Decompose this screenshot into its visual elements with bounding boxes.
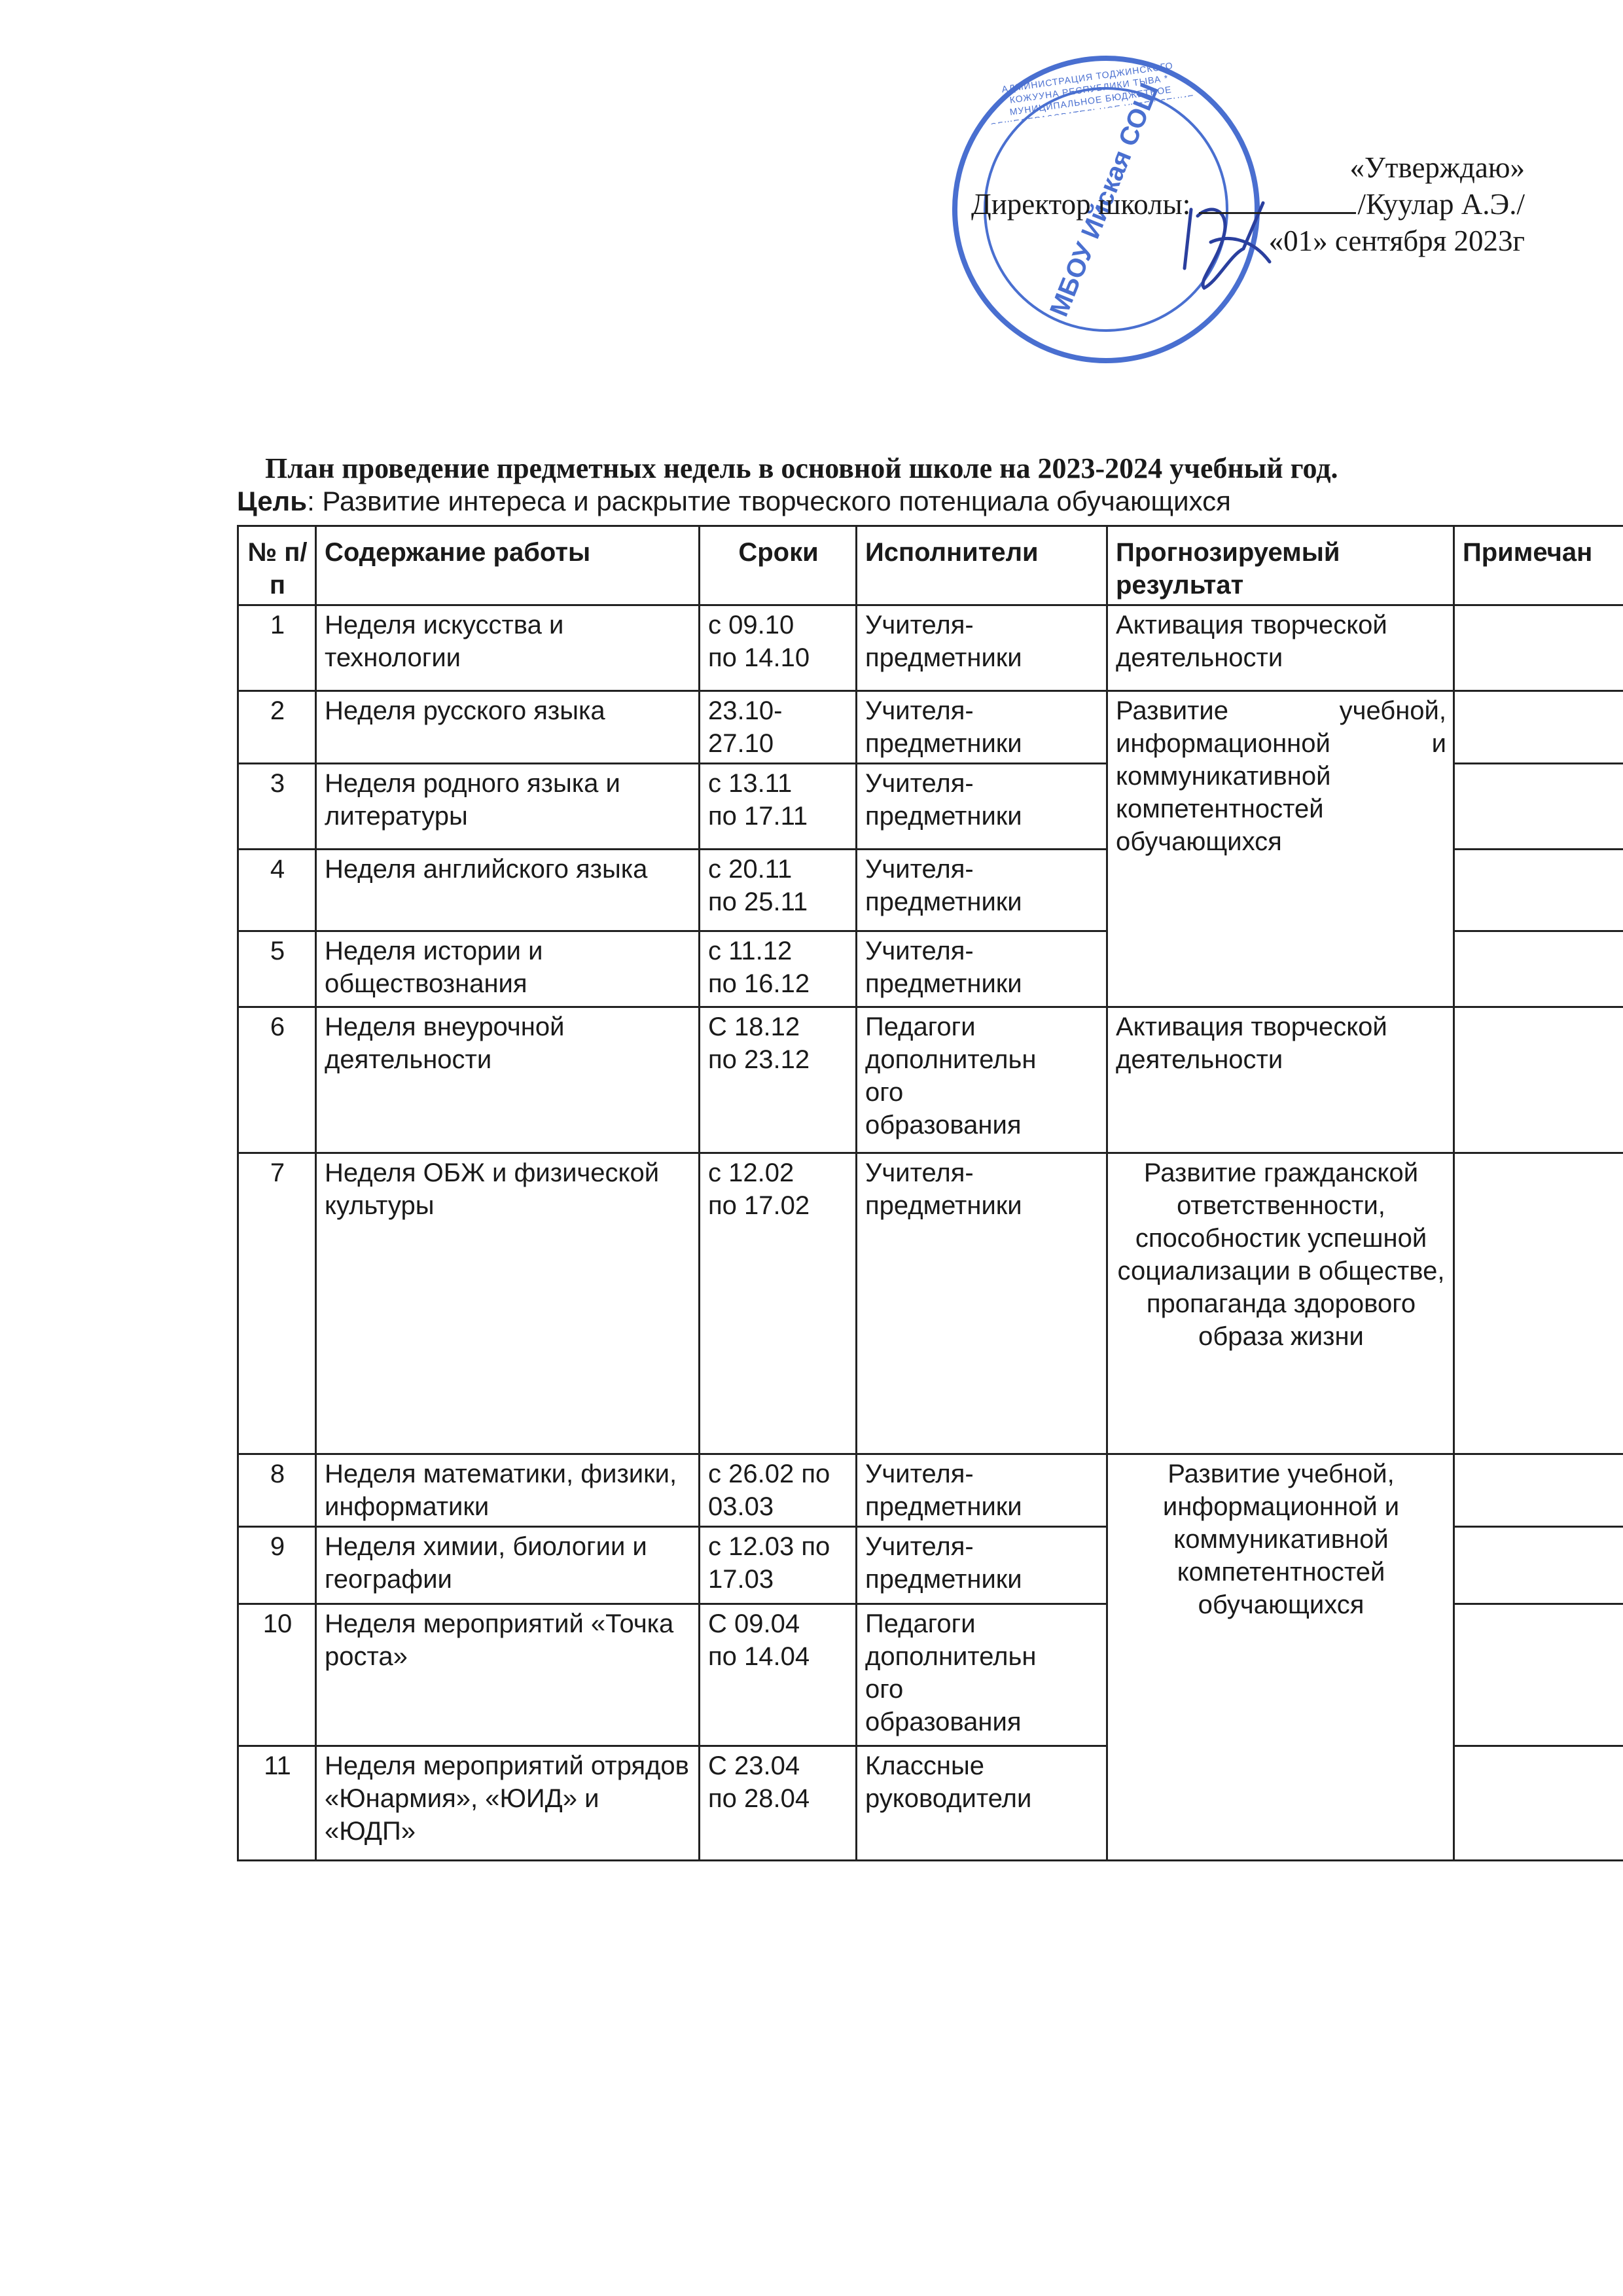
cell-executors: Учителя- предметники xyxy=(857,605,1107,691)
cell-executors-text: Учителя- предметники xyxy=(865,1460,1022,1521)
cell-num-text: 5 xyxy=(270,937,285,965)
approval-heading: «Утверждаю» xyxy=(971,149,1525,186)
cell-num: 2 xyxy=(238,691,316,764)
weeks-plan-table: № п/п Содержание работы Сроки Исполнител… xyxy=(237,525,1623,1861)
cell-dates-text: с 12.03 по 17.03 xyxy=(708,1532,830,1594)
cell-executors-text: Педагоги дополнительн ого образования xyxy=(865,1013,1036,1139)
cell-content-text: Неделя английского языка xyxy=(325,855,647,884)
cell-note xyxy=(1454,850,1623,931)
cell-num-text: 2 xyxy=(270,696,285,725)
header-note: Примечан xyxy=(1454,526,1623,605)
cell-num-text: 9 xyxy=(270,1532,285,1561)
cell-executors-text: Учителя- предметники xyxy=(865,611,1022,672)
goal-text: : Развитие интереса и раскрытие творческ… xyxy=(307,486,1231,516)
header-executors: Исполнители xyxy=(857,526,1107,605)
cell-executors: Учителя- предметники xyxy=(857,1454,1107,1527)
cell-content: Неделя родного языка и литературы xyxy=(316,764,700,850)
cell-executors: Учителя- предметники xyxy=(857,1153,1107,1454)
cell-executors-text: Учителя- предметники xyxy=(865,769,1022,831)
header-content: Содержание работы xyxy=(316,526,700,605)
cell-content-text: Неделя родного языка и литературы xyxy=(325,769,620,831)
table-row: 6Неделя внеурочной деятельностиС 18.12 п… xyxy=(238,1007,1623,1153)
cell-dates-text: С 09.04 по 14.04 xyxy=(708,1609,810,1671)
cell-num: 7 xyxy=(238,1153,316,1454)
cell-content: Неделя английского языка xyxy=(316,850,700,931)
cell-executors: Учителя- предметники xyxy=(857,931,1107,1007)
cell-content: Неделя ОБЖ и физической культуры xyxy=(316,1153,700,1454)
table-row: 2Неделя русского языка23.10- 27.10Учител… xyxy=(238,691,1623,764)
cell-note xyxy=(1454,1153,1623,1454)
cell-note xyxy=(1454,1007,1623,1153)
director-name: /Куулар А.Э./ xyxy=(1357,188,1525,221)
cell-num: 5 xyxy=(238,931,316,1007)
cell-note xyxy=(1454,605,1623,691)
cell-dates: С 18.12 по 23.12 xyxy=(700,1007,857,1153)
table-header-row: № п/п Содержание работы Сроки Исполнител… xyxy=(238,526,1623,605)
cell-content-text: Неделя математики, физики, информатики xyxy=(325,1460,677,1521)
signature-line xyxy=(1199,186,1356,214)
cell-dates: С 09.04 по 14.04 xyxy=(700,1604,857,1746)
cell-executors: Учителя- предметники xyxy=(857,1527,1107,1604)
cell-result-text: Развитие учебной, информационной и комму… xyxy=(1163,1460,1399,1619)
cell-num-text: 4 xyxy=(270,855,285,884)
cell-content: Неделя искусства и технологии xyxy=(316,605,700,691)
cell-dates: с 11.12 по 16.12 xyxy=(700,931,857,1007)
cell-note xyxy=(1454,1604,1623,1746)
cell-executors-text: Учителя- предметники xyxy=(865,1532,1022,1594)
cell-note xyxy=(1454,1527,1623,1604)
table-row: 1Неделя искусства и технологиис 09.10 по… xyxy=(238,605,1623,691)
director-label: Директор школы: xyxy=(971,188,1190,221)
cell-dates: с 13.11 по 17.11 xyxy=(700,764,857,850)
cell-executors-text: Учителя- предметники xyxy=(865,855,1022,916)
cell-content: Неделя химии, биологии и географии xyxy=(316,1527,700,1604)
table-row: 8Неделя математики, физики, информатикис… xyxy=(238,1454,1623,1527)
cell-content-text: Неделя русского языка xyxy=(325,696,605,725)
cell-executors: Педагоги дополнительн ого образования xyxy=(857,1007,1107,1153)
cell-result-text: Развитие учебной, информационной и комму… xyxy=(1116,696,1446,856)
cell-dates: с 09.10 по 14.10 xyxy=(700,605,857,691)
document-goal: Цель: Развитие интереса и раскрытие твор… xyxy=(237,486,1231,517)
cell-executors: Педагоги дополнительн ого образования xyxy=(857,1604,1107,1746)
approval-block: «Утверждаю» Директор школы: /Куулар А.Э.… xyxy=(971,149,1525,259)
cell-result-text: Развитие гражданской ответственности, сп… xyxy=(1118,1158,1445,1351)
cell-dates-text: С 18.12 по 23.12 xyxy=(708,1013,810,1074)
director-line: Директор школы: /Куулар А.Э./ xyxy=(971,186,1525,223)
cell-content: Неделя математики, физики, информатики xyxy=(316,1454,700,1527)
cell-executors-text: Учителя- предметники xyxy=(865,1158,1022,1220)
cell-executors: Классные руководители xyxy=(857,1746,1107,1861)
cell-content-text: Неделя ОБЖ и физической культуры xyxy=(325,1158,659,1220)
cell-dates-text: с 20.11 по 25.11 xyxy=(708,855,808,916)
cell-dates: 23.10- 27.10 xyxy=(700,691,857,764)
cell-dates: с 12.02 по 17.02 xyxy=(700,1153,857,1454)
cell-result-text: Активация творческой деятельности xyxy=(1116,611,1387,672)
approval-date: «01» сентября 2023г xyxy=(971,223,1525,259)
cell-executors-text: Классные руководители xyxy=(865,1751,1031,1813)
cell-num-text: 11 xyxy=(264,1751,291,1780)
cell-executors: Учителя- предметники xyxy=(857,764,1107,850)
cell-note xyxy=(1454,1746,1623,1861)
cell-executors-text: Учителя- предметники xyxy=(865,937,1022,998)
cell-dates-text: с 13.11 по 17.11 xyxy=(708,769,808,831)
cell-num-text: 1 xyxy=(270,611,285,639)
cell-content-text: Неделя внеурочной деятельности xyxy=(325,1013,564,1074)
cell-content: Неделя истории и обществознания xyxy=(316,931,700,1007)
cell-content: Неделя внеурочной деятельности xyxy=(316,1007,700,1153)
cell-content-text: Неделя химии, биологии и географии xyxy=(325,1532,647,1594)
cell-num: 3 xyxy=(238,764,316,850)
goal-label: Цель xyxy=(237,486,307,516)
cell-content-text: Неделя искусства и технологии xyxy=(325,611,563,672)
cell-executors: Учителя- предметники xyxy=(857,691,1107,764)
cell-executors: Учителя- предметники xyxy=(857,850,1107,931)
cell-num-text: 6 xyxy=(270,1013,285,1041)
cell-num-text: 10 xyxy=(263,1609,293,1638)
header-result: Прогнозируемый результат xyxy=(1107,526,1454,605)
cell-num: 8 xyxy=(238,1454,316,1527)
header-dates: Сроки xyxy=(700,526,857,605)
cell-dates: с 20.11 по 25.11 xyxy=(700,850,857,931)
cell-dates-text: с 12.02 по 17.02 xyxy=(708,1158,810,1220)
cell-note xyxy=(1454,1454,1623,1527)
cell-executors-text: Педагоги дополнительн ого образования xyxy=(865,1609,1036,1736)
cell-note xyxy=(1454,931,1623,1007)
cell-dates-text: с 09.10 по 14.10 xyxy=(708,611,810,672)
cell-note xyxy=(1454,691,1623,764)
cell-result: Развитие учебной, информационной и комму… xyxy=(1107,1454,1454,1861)
cell-content: Неделя мероприятий отрядов «Юнармия», «Ю… xyxy=(316,1746,700,1861)
cell-dates-text: С 23.04 по 28.04 xyxy=(708,1751,810,1813)
cell-result: Активация творческой деятельности xyxy=(1107,1007,1454,1153)
cell-result-text: Активация творческой деятельности xyxy=(1116,1013,1387,1074)
cell-content-text: Неделя истории и обществознания xyxy=(325,937,543,998)
cell-content: Неделя русского языка xyxy=(316,691,700,764)
cell-result: Активация творческой деятельности xyxy=(1107,605,1454,691)
cell-num: 6 xyxy=(238,1007,316,1153)
cell-dates: с 12.03 по 17.03 xyxy=(700,1527,857,1604)
cell-dates-text: 23.10- 27.10 xyxy=(708,696,782,758)
table-row: 7Неделя ОБЖ и физической культурыс 12.02… xyxy=(238,1153,1623,1454)
header-num: № п/п xyxy=(238,526,316,605)
cell-num: 9 xyxy=(238,1527,316,1604)
cell-num: 4 xyxy=(238,850,316,931)
cell-dates-text: с 26.02 по 03.03 xyxy=(708,1460,830,1521)
cell-content-text: Неделя мероприятий отрядов «Юнармия», «Ю… xyxy=(325,1751,689,1846)
document-title: План проведение предметных недель в осно… xyxy=(265,452,1338,485)
cell-num-text: 3 xyxy=(270,769,285,798)
stamp-ring-text: АДМИНИСТРАЦИЯ ТОДЖИНСКОГО КОЖУУНА РЕСПУБ… xyxy=(940,50,1240,131)
cell-content-text: Неделя мероприятий «Точка роста» xyxy=(325,1609,673,1671)
cell-dates-text: с 11.12 по 16.12 xyxy=(708,937,810,998)
cell-num-text: 7 xyxy=(270,1158,285,1187)
cell-content: Неделя мероприятий «Точка роста» xyxy=(316,1604,700,1746)
cell-num: 10 xyxy=(238,1604,316,1746)
cell-num: 11 xyxy=(238,1746,316,1861)
cell-result: Развитие гражданской ответственности, сп… xyxy=(1107,1153,1454,1454)
cell-note xyxy=(1454,764,1623,850)
cell-dates: с 26.02 по 03.03 xyxy=(700,1454,857,1527)
cell-result: Развитие учебной, информационной и комму… xyxy=(1107,691,1454,1007)
cell-num-text: 8 xyxy=(270,1460,285,1488)
cell-dates: С 23.04 по 28.04 xyxy=(700,1746,857,1861)
cell-executors-text: Учителя- предметники xyxy=(865,696,1022,758)
cell-num: 1 xyxy=(238,605,316,691)
